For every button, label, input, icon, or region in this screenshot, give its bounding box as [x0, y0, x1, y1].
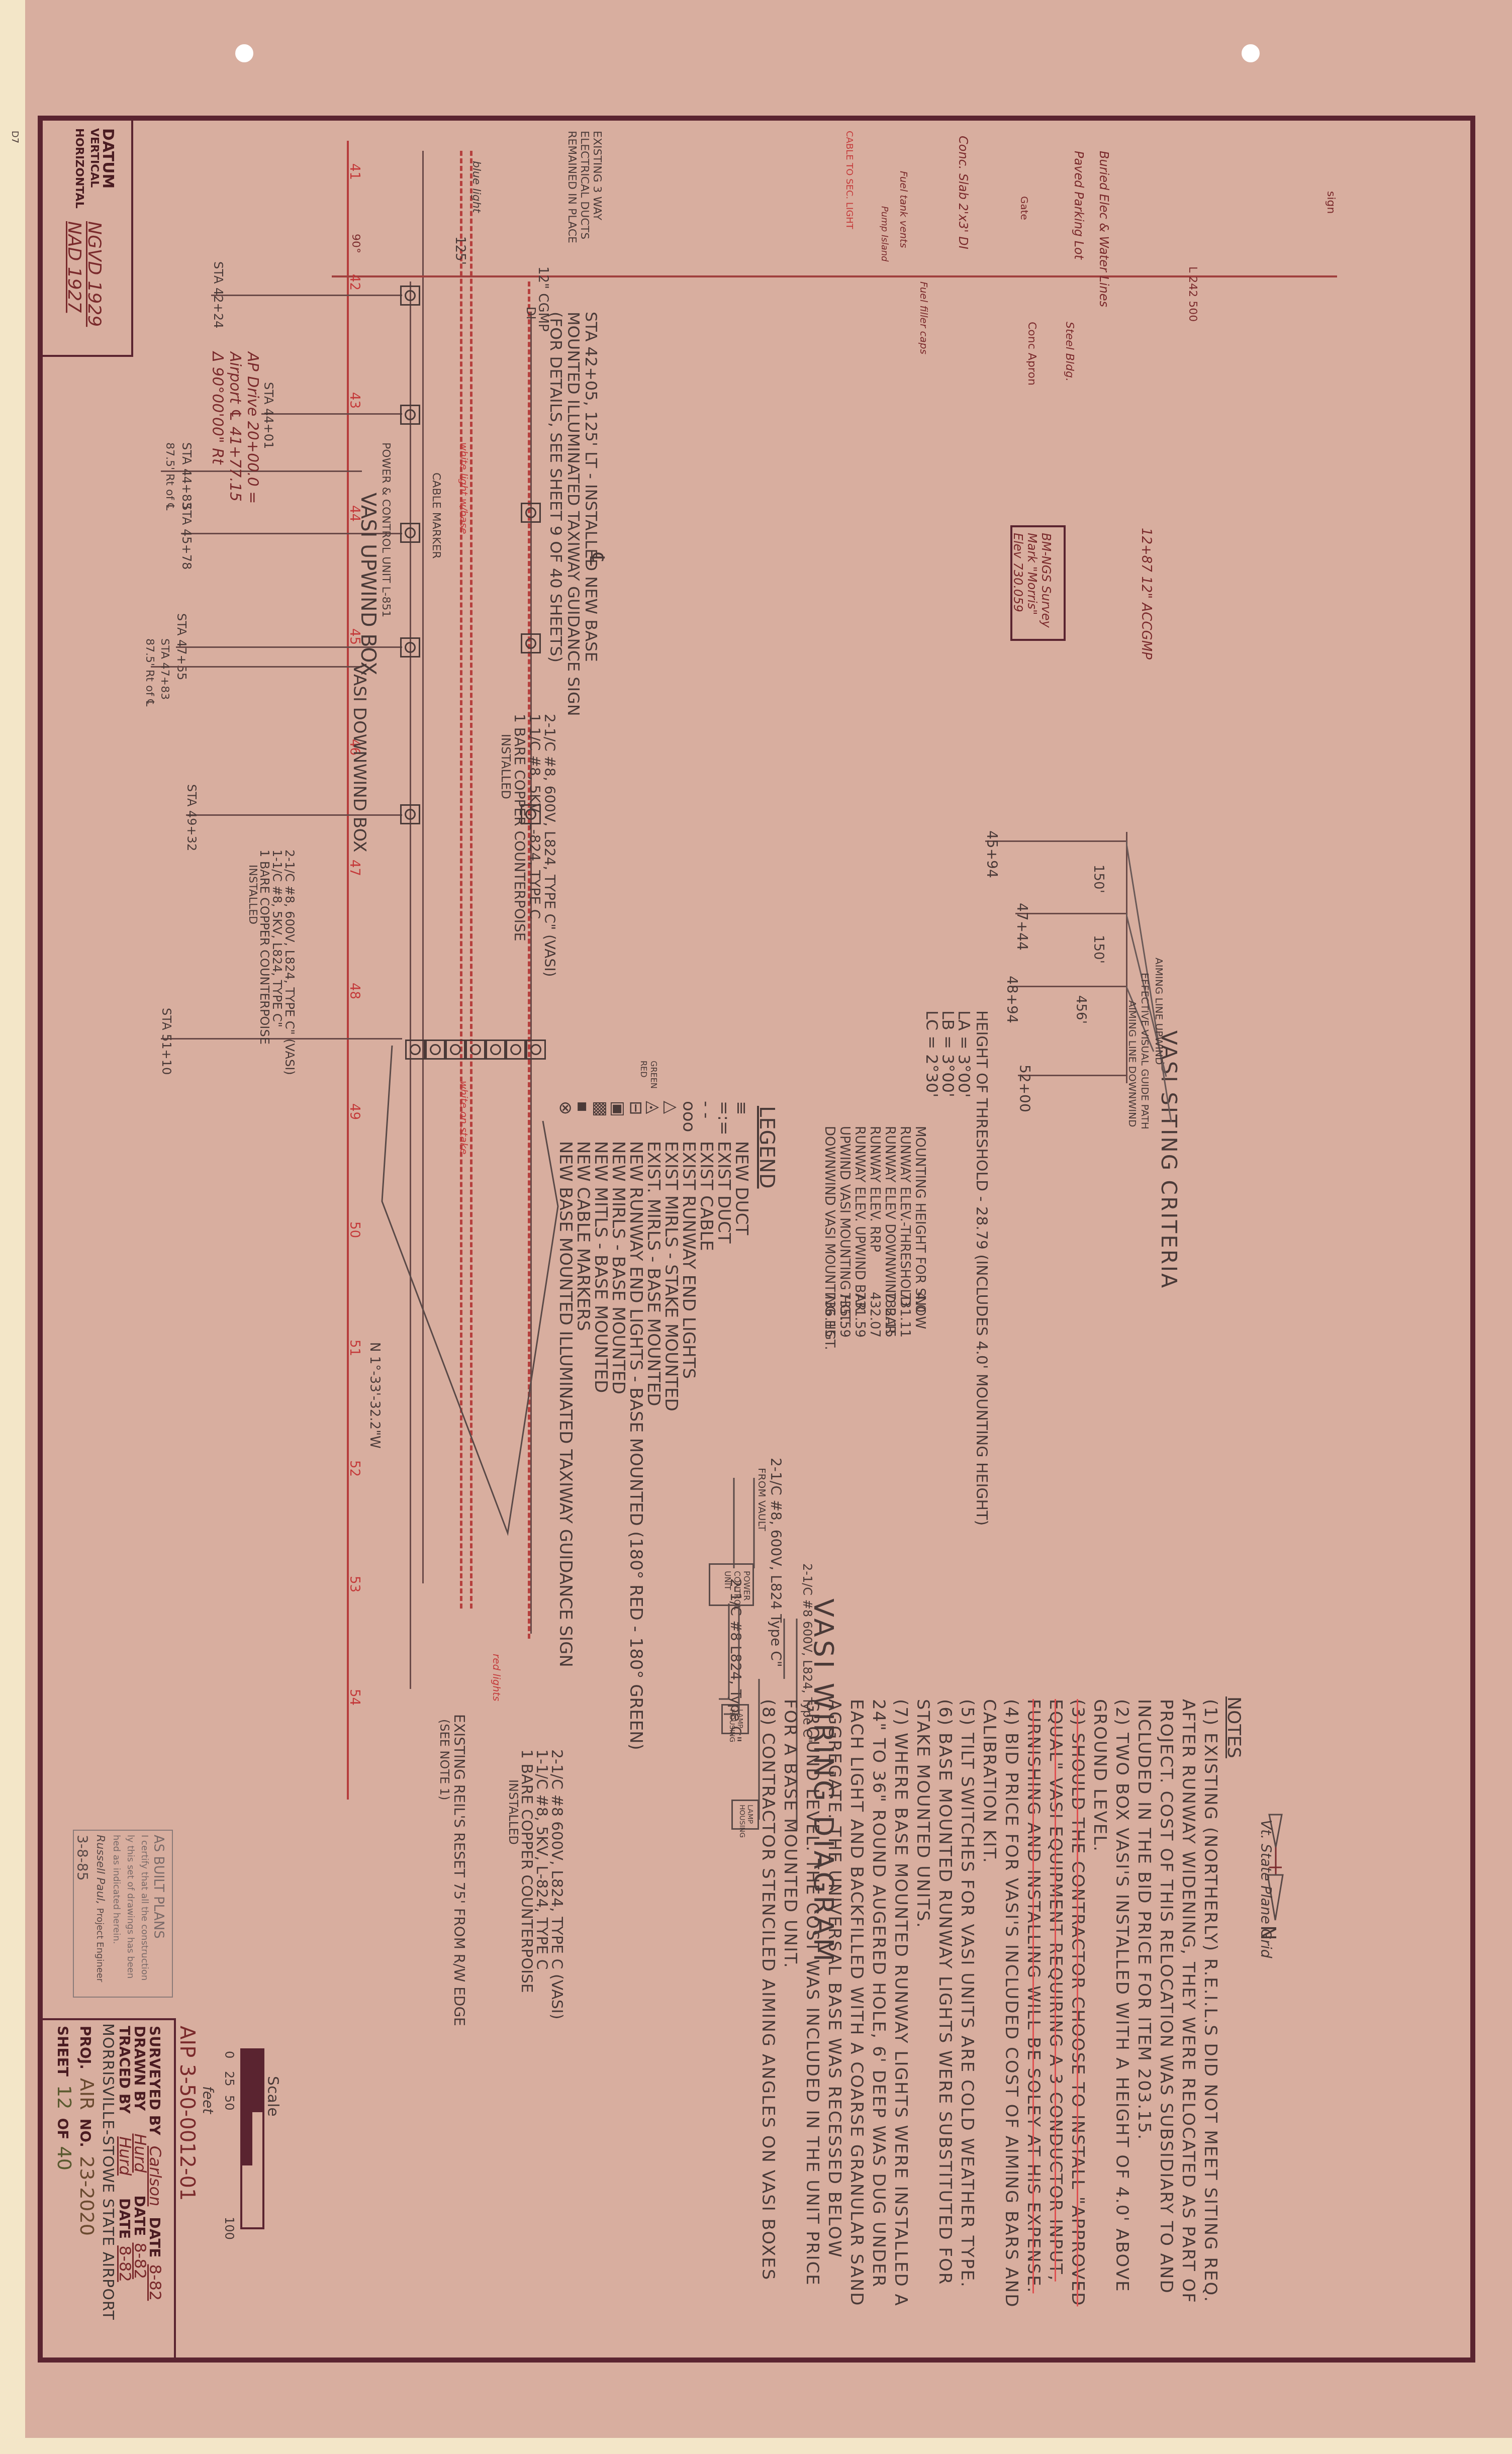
as-built-signature: Russell Paul, Project Engineer [94, 1835, 107, 1982]
legend-item: ▣NEW MIRLS - BASE MOUNTED [608, 1101, 628, 1394]
as-built-date: 3-8-85 [74, 1835, 90, 1880]
siting-row: RUNWAY ELEV. RRP432.07 [867, 1126, 882, 1338]
dim-125: 125' [452, 236, 467, 265]
datum-horizontal-value: NAD 1927 [64, 221, 84, 313]
legend-item: oooEXIST RUNWAY END LIGHTS [679, 1101, 699, 1379]
sheet-row: SHEET 12 OF 40 [53, 2026, 75, 2170]
margin-mark: D7 [10, 131, 20, 143]
station-label: STA 44+01 [261, 382, 275, 449]
square-circle-icon: ▣ [608, 1101, 628, 1141]
scale-bar [240, 2048, 264, 2229]
traced-by-row: TRACED BY Hurd DATE 8-82 [116, 2026, 135, 2282]
legend-item: ⊗NEW BASE MOUNTED ILLUMINATED TAXIWAY GU… [555, 1101, 576, 1667]
angle-label: 90° [349, 234, 362, 253]
scale-label: Scale [264, 2076, 281, 2117]
mirl-base-mounted-light [521, 633, 541, 653]
height-of-threshold: HEIGHT OF THRESHOLD - 28.79 (INCLUDES 4.… [973, 1010, 990, 1526]
legend-item: △EXIST MIRLS - STAKE MOUNTED [661, 1101, 681, 1411]
punch-hole [235, 44, 253, 62]
note-3-struck: (3) SHOULD THE CONTRACTOR CHOOSE TO INST… [1022, 1699, 1089, 2327]
siting-row: RUNWAY ELEV.-THRESHOLD731.11 [897, 1126, 912, 1338]
station-label: STA 49+32 [184, 784, 199, 851]
cable-note-c: 2-1/C #8 600V, L824, TYPE C (VASI) [548, 1749, 565, 2019]
hatched-square-icon: ▩ [591, 1101, 611, 1141]
datum-vertical-label: VERTICAL [88, 128, 101, 187]
note-5: (5) TILT SWITCHES FOR VASI UNITS ARE COL… [956, 1699, 978, 2327]
traced-date: 8-82 [116, 2245, 135, 2282]
ap-drive-label: AP Drive 20+00.0 = [244, 352, 261, 504]
legend-item: =:=EXIST DUCT [714, 1101, 734, 1244]
mirl-base-mounted-light [400, 405, 420, 425]
benchmark-label: BM-NGS Survey Mark "Morris" Elev 730.059 [1011, 533, 1053, 643]
dot-icon: ▪ [573, 1101, 593, 1141]
cable-note-b: 2-1/C #8, 600V, L824, TYPE C" (VASI) [282, 850, 297, 1075]
mirl-base-mounted-light [400, 804, 420, 824]
station-label: STA 42+24 [211, 261, 225, 328]
traced-by: Hurd [116, 2136, 135, 2176]
accgmp-label: 12+87 12" ACCGMP [1139, 528, 1154, 659]
angle-lc: LC = 2°30' [922, 1010, 941, 1097]
contract-number: AIP 3-50-0012-01 [175, 2026, 199, 2201]
siting-row: DOWNWIND VASI MOUNTING HGT.736.15 [822, 1126, 837, 1338]
notes-list: (1) EXISTING (NORTHERLY) R.E.I.L.S DID N… [757, 1699, 1221, 2302]
station-label: STA 44+83 [179, 442, 194, 509]
mirl-base-mounted-light [400, 523, 420, 543]
sign-note: STA 42+05, 125' LT - INSTALLED NEW BASE [582, 312, 601, 662]
circle-triangle-icon: ◬ [643, 1101, 664, 1141]
vasi-downwind-label: VASI DOWNWIND BOX [349, 664, 369, 852]
notes-heading: NOTES [1223, 1696, 1244, 1758]
north-letter: N [1256, 1925, 1279, 1940]
ducts-note: EXISTING 3 WAY ELECTRICAL DUCTS REMAINED… [565, 131, 603, 261]
note-6: (6) BASE MOUNTED RUNWAY LIGHTS WERE SUBS… [912, 1699, 956, 2327]
legend-item: ◬EXIST. MIRLS - BASE MOUNTED [643, 1101, 664, 1406]
datum-heading: DATUM [99, 128, 117, 188]
siting-row: MOUNTING HEIGHT FOR SNOW4.0 [912, 1126, 927, 1312]
mirl-base-mounted-light [521, 503, 541, 523]
legend-item: ▪NEW CABLE MARKERS [573, 1101, 593, 1331]
station-label: STA 51+10 [159, 1008, 173, 1075]
power-control-label: POWER & CONTROL UNIT L-851 [380, 442, 392, 617]
legend-item: ≡NEW DUCT [731, 1101, 751, 1235]
station-label: STA 47+55 [174, 613, 188, 680]
station-label: STA 45+78 [179, 503, 194, 570]
punch-hole [1242, 44, 1260, 62]
station-label: STA 47+83 [158, 638, 171, 700]
x-circle-icon: ⊗ [555, 1101, 576, 1141]
note-7: (7) WHERE BASE MOUNTED RUNWAY LIGHTS WER… [779, 1699, 912, 2327]
note-4: (4) BID PRICE FOR VASI'S INCLUDED COST O… [978, 1699, 1022, 2327]
sheet-total: 40 [53, 2146, 75, 2170]
mirl-base-mounted-light [400, 637, 420, 657]
airport-name: MORRISVILLE-STOWE STATE AIRPORT [99, 2023, 117, 2320]
split-square-icon: ⊟ [626, 1101, 646, 1141]
datum-horizontal-label: HORIZONTAL [73, 128, 85, 209]
legend-item: ▩NEW MITLS - BASE MOUNTED [591, 1101, 611, 1393]
note-8: (8) CONTRACTOR STENCILED AIMING ANGLES O… [757, 1699, 779, 2327]
as-built-title: AS BUILT PLANS [151, 1835, 166, 1939]
sheet-number: 12 [53, 2085, 75, 2109]
vasi-upwind-label: VASI UPWIND BOX [356, 493, 380, 675]
legend-item: - -EXIST CABLE [696, 1101, 716, 1251]
reils-note: EXISTING REIL'S RESET 75' FROM R/W EDGE [451, 1714, 467, 2026]
legend-item: ⊟NEW RUNWAY END LIGHTS - BASE MOUNTED (1… [626, 1101, 646, 1750]
siting-row: UPWIND VASI MOUNTING HGT.735.59 [837, 1126, 852, 1338]
project-number: 23-2020 [76, 2156, 98, 2236]
mirl-base-mounted-light [400, 286, 420, 306]
datum-vertical-value: NGVD 1929 [84, 221, 105, 327]
note-1: (1) EXISTING (NORTHERLY) R.E.I.L.S DID N… [1133, 1699, 1221, 2327]
cable-marker-label: CABLE MARKER [430, 473, 442, 559]
note-2: (2) TWO BOX VASI'S INSTALLED WITH A HEIG… [1089, 1699, 1133, 2327]
triangle-icon: △ [661, 1101, 681, 1141]
scale-unit: feet [200, 2086, 216, 2114]
siting-row: RUNWAY ELEV. UPWIND BAR731.59 [852, 1126, 867, 1338]
siting-row: RUNWAY ELEV DOWNWIND BAR732.15 [882, 1126, 897, 1338]
cable-note-a: 2-1/C #8, 600V, L824, TYPE C" (VASI) [541, 714, 558, 977]
legend-title: LEGEND [755, 1106, 778, 1189]
project-row: PROJ. AIR NO. 23-2020 [76, 2026, 98, 2236]
